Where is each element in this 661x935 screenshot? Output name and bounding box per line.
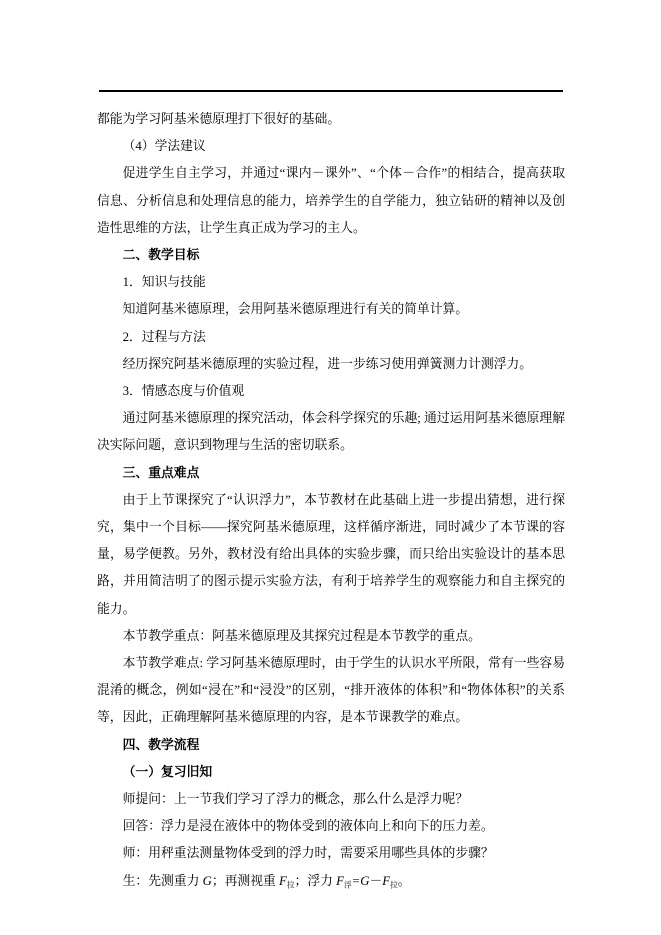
paragraph: 通过阿基米德原理的探究活动，体会科学探究的乐趣; 通过运用阿基米德原理解决实际问… xyxy=(97,405,565,459)
math-variable: F xyxy=(382,874,390,888)
paragraph: 促进学生自主学习，并通过“课内－课外”、“个体－合作”的相结合，提高获取信息、分… xyxy=(97,160,565,242)
text-run: 促进学生自主学习，并通过“课内－课外”、“个体－合作”的相结合，提高获取信息、分… xyxy=(97,166,565,234)
header-rule xyxy=(99,90,563,92)
paragraph: （4）学法建议 xyxy=(97,133,565,160)
text-run: 二、教学目标 xyxy=(123,248,200,262)
paragraph: 由于上节课探究了“认识浮力”，本节教材在此基础上进一步提出猜想，进行探究，集中一… xyxy=(97,487,565,623)
text-run: 本节教学难点: 学习阿基米德原理时，由于学生的认识水平所限，常有一些容易混淆的概… xyxy=(97,656,565,724)
heading-review: （一）复习旧知 xyxy=(97,759,565,786)
paragraph: 1．知识与技能 xyxy=(97,269,565,296)
text-run: 通过阿基米德原理的探究活动，体会科学探究的乐趣; 通过运用阿基米德原理解决实际问… xyxy=(97,411,565,452)
text-run: － xyxy=(370,874,383,888)
math-subscript: 拉 xyxy=(390,880,398,889)
paragraph-formula: 生：先测重力 G；再测视重 F拉；浮力 F浮=G－F拉。 xyxy=(97,868,565,899)
text-run: 。 xyxy=(398,874,411,888)
paragraph: 师：用秤重法测量物体受到的浮力时，需要采用哪些具体的步骤？ xyxy=(97,840,565,867)
text-run: ；浮力 xyxy=(295,874,337,888)
text-run: ；再测视重 xyxy=(212,874,279,888)
math-subscript: 浮 xyxy=(344,880,352,889)
heading-key-points: 三、重点难点 xyxy=(97,460,565,487)
text-run: 都能为学习阿基米德原理打下很好的基础。 xyxy=(97,112,340,126)
paragraph: 本节教学难点: 学习阿基米德原理时，由于学生的认识水平所限，常有一些容易混淆的概… xyxy=(97,650,565,732)
math-variable: G xyxy=(360,874,369,888)
text-run: 由于上节课探究了“认识浮力”，本节教材在此基础上进一步提出猜想，进行探究，集中一… xyxy=(97,493,565,616)
text-run: 生：先测重力 xyxy=(123,874,203,888)
heading-teaching-process: 四、教学流程 xyxy=(97,732,565,759)
heading-teaching-goals: 二、教学目标 xyxy=(97,242,565,269)
text-run: 三、重点难点 xyxy=(123,466,200,480)
math-variable: F xyxy=(336,874,344,888)
math-subscript: 拉 xyxy=(287,880,295,889)
math-variable: F xyxy=(279,874,287,888)
math-variable: = xyxy=(352,874,361,888)
text-run: 知道阿基米德原理，会用阿基米德原理进行有关的简单计算。 xyxy=(123,302,469,316)
text-run: （4）学法建议 xyxy=(123,139,206,153)
math-variable: G xyxy=(203,874,212,888)
text-run: 2．过程与方法 xyxy=(123,330,206,344)
paragraph: 本节教学重点：阿基米德原理及其探究过程是本节教学的重点。 xyxy=(97,623,565,650)
text-run: 3．情感态度与价值观 xyxy=(123,384,245,398)
text-run: 师：用秤重法测量物体受到的浮力时，需要采用哪些具体的步骤？ xyxy=(123,846,494,860)
text-run: 本节教学重点：阿基米德原理及其探究过程是本节教学的重点。 xyxy=(123,629,481,643)
text-run: 四、教学流程 xyxy=(123,738,200,752)
paragraph: 2．过程与方法 xyxy=(97,324,565,351)
text-run: 师提问：上一节我们学习了浮力的概念，那么什么是浮力呢？ xyxy=(123,792,469,806)
paragraph: 知道阿基米德原理，会用阿基米德原理进行有关的简单计算。 xyxy=(97,296,565,323)
paragraph-continuation: 都能为学习阿基米德原理打下很好的基础。 xyxy=(97,106,565,133)
paragraph: 经历探究阿基米德原理的实验过程，进一步练习使用弹簧测力计测浮力。 xyxy=(97,351,565,378)
paragraph: 师提问：上一节我们学习了浮力的概念，那么什么是浮力呢？ xyxy=(97,786,565,813)
text-run: 1．知识与技能 xyxy=(123,275,206,289)
text-run: 回答：浮力是浸在液体中的物体受到的液体向上和向下的压力差。 xyxy=(123,819,494,833)
paragraph: 回答：浮力是浸在液体中的物体受到的液体向上和向下的压力差。 xyxy=(97,813,565,840)
text-run: 经历探究阿基米德原理的实验过程，进一步练习使用弹簧测力计测浮力。 xyxy=(123,357,533,371)
paragraph: 3．情感态度与价值观 xyxy=(97,378,565,405)
document-page: 都能为学习阿基米德原理打下很好的基础。（4）学法建议促进学生自主学习，并通过“课… xyxy=(0,0,661,935)
document-body: 都能为学习阿基米德原理打下很好的基础。（4）学法建议促进学生自主学习，并通过“课… xyxy=(97,106,565,898)
text-run: （一）复习旧知 xyxy=(123,765,213,779)
